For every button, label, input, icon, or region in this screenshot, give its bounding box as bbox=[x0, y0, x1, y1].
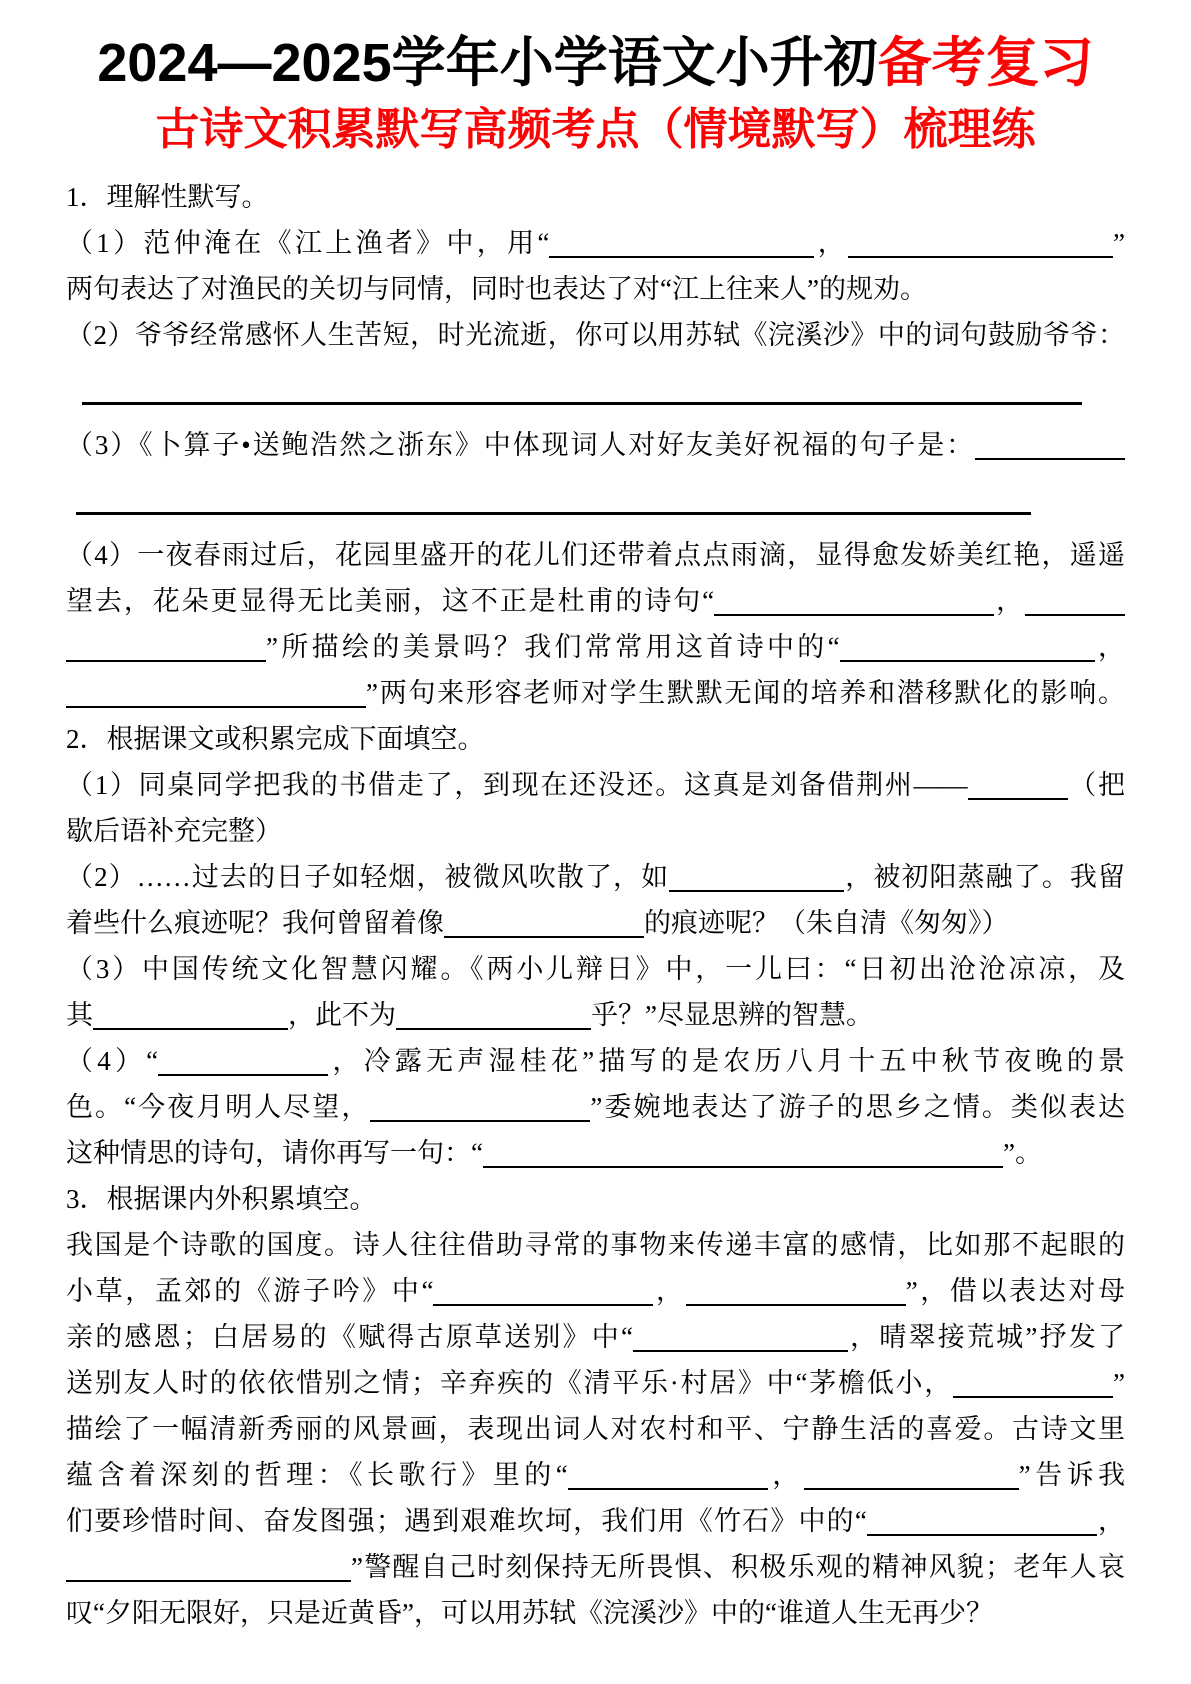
text-run: （2）爷爷经常感怀人生苦短，时光流逝，你可以用苏轼《浣溪沙》中的词句鼓励爷爷： bbox=[66, 320, 1125, 350]
answer-blank bbox=[370, 1120, 590, 1122]
text-run: ”警醒自己时刻保持无所畏惧、积极乐观的精神风貌；老年人哀 bbox=[351, 1552, 1125, 1582]
text-line: 色。“今夜月明人尽望，”委婉地表达了游子的思乡之情。类似表达 bbox=[66, 1084, 1125, 1130]
answer-blank bbox=[396, 1028, 591, 1030]
text-run: 送别友人时的依依惜别之情；辛弃疾的《清平乐·村居》中“茅檐低小， bbox=[66, 1368, 953, 1398]
text-line: 送别友人时的依依惜别之情；辛弃疾的《清平乐·村居》中“茅檐低小，” bbox=[66, 1360, 1125, 1406]
text-line: 小草，孟郊的《游子吟》中“，”，借以表达对母 bbox=[66, 1268, 1125, 1314]
text-line: 其，此不为乎？”尽显思辨的智慧。 bbox=[66, 992, 1125, 1038]
text-run: （3）《卜算子•送鲍浩然之浙东》中体现词人对好友美好祝福的句子是： bbox=[66, 430, 975, 460]
answer-blank bbox=[669, 890, 844, 892]
text-run: 色。“今夜月明人尽望， bbox=[66, 1092, 370, 1122]
answer-blank bbox=[633, 1350, 848, 1352]
text-run: 望去，花朵更显得无比美丽，这不正是杜甫的诗句“ bbox=[66, 586, 714, 616]
text-line: （1）同桌同学把我的书借走了，到现在还没还。这真是刘备借荆州——（把 bbox=[66, 762, 1125, 808]
answer-blank bbox=[66, 660, 266, 662]
worksheet-body: 1．理解性默写。（1）范仲淹在《江上渔者》中，用“，”两句表达了对渔民的关切与同… bbox=[66, 174, 1125, 1636]
text-run: 乎？”尽显思辨的智慧。 bbox=[591, 1000, 873, 1030]
page-title: 2024—2025学年小学语文小升初备考复习 bbox=[66, 30, 1125, 96]
text-run: 1．理解性默写。 bbox=[66, 182, 269, 212]
text-line: （3）《卜算子•送鲍浩然之浙东》中体现词人对好友美好祝福的句子是： bbox=[66, 422, 1125, 468]
answer-blank bbox=[82, 402, 1082, 405]
text-run: ， bbox=[1095, 632, 1125, 662]
text-line: 叹“夕阳无限好，只是近黄昏”，可以用苏轼《浣溪沙》中的“谁道人生无再少？ bbox=[66, 1590, 1125, 1636]
text-line: 1．理解性默写。 bbox=[66, 174, 1125, 220]
answer-blank bbox=[840, 660, 1095, 662]
answer-blank bbox=[549, 256, 814, 258]
answer-blank bbox=[953, 1396, 1113, 1398]
text-run: （把 bbox=[1068, 770, 1125, 800]
text-line: ”警醒自己时刻保持无所畏惧、积极乐观的精神风貌；老年人哀 bbox=[66, 1544, 1125, 1590]
text-run: ，冷露无声湿桂花”描写的是农历八月十五中秋节夜晚的景 bbox=[328, 1046, 1125, 1076]
text-run: ”。 bbox=[1003, 1138, 1042, 1168]
text-line: 们要珍惜时间、奋发图强；遇到艰难坎坷，我们用《竹石》中的“， bbox=[66, 1498, 1125, 1544]
answer-blank bbox=[714, 614, 994, 616]
answer-blank bbox=[848, 256, 1113, 258]
answer-blank bbox=[158, 1074, 328, 1076]
text-run: ”委婉地表达了游子的思乡之情。类似表达 bbox=[590, 1092, 1125, 1122]
text-run: 这种情思的诗句，请你再写一句：“ bbox=[66, 1138, 483, 1168]
text-run: 我国是个诗歌的国度。诗人往往借助寻常的事物来传递丰富的感情，比如那不起眼的 bbox=[66, 1230, 1125, 1260]
text-run: 的痕迹呢？（朱自清《匆匆》） bbox=[644, 908, 1009, 938]
text-line bbox=[66, 358, 1125, 422]
text-line: （2）爷爷经常感怀人生苦短，时光流逝，你可以用苏轼《浣溪沙》中的词句鼓励爷爷： bbox=[66, 312, 1125, 358]
text-run: 2．根据课文或积累完成下面填空。 bbox=[66, 724, 485, 754]
text-line bbox=[66, 468, 1125, 532]
text-run: （2）……过去的日子如轻烟，被微风吹散了，如 bbox=[66, 862, 669, 892]
answer-blank bbox=[76, 512, 1031, 515]
answer-blank bbox=[867, 1534, 1097, 1536]
text-run: 其 bbox=[66, 1000, 93, 1030]
answer-blank bbox=[968, 798, 1068, 800]
text-run: 3．根据课内外积累填空。 bbox=[66, 1184, 377, 1214]
text-line: ”两句来形容老师对学生默默无闻的培养和潜移默化的影响。 bbox=[66, 670, 1125, 716]
title-red-text: 备考复习 bbox=[878, 33, 1094, 93]
answer-blank bbox=[433, 1304, 653, 1306]
answer-blank bbox=[568, 1488, 768, 1490]
text-run: 亲的感恩；白居易的《赋得古原草送别》中“ bbox=[66, 1322, 633, 1352]
title-black-text: 2024—2025学年小学语文小升初 bbox=[97, 33, 877, 93]
text-run: ， bbox=[994, 586, 1025, 616]
text-line: 望去，花朵更显得无比美丽，这不正是杜甫的诗句“， bbox=[66, 578, 1125, 624]
text-run: ” bbox=[1113, 228, 1125, 258]
text-line: 两句表达了对渔民的关切与同情，同时也表达了对“江上往来人”的规劝。 bbox=[66, 266, 1125, 312]
text-run: ， bbox=[768, 1460, 804, 1490]
answer-blank bbox=[686, 1304, 906, 1306]
answer-blank bbox=[1025, 614, 1125, 616]
answer-blank bbox=[804, 1488, 1019, 1490]
text-run: ”两句来形容老师对学生默默无闻的培养和潜移默化的影响。 bbox=[366, 678, 1125, 708]
text-run: 描绘了一幅清新秀丽的风景画，表现出词人对农村和平、宁静生活的喜爱。古诗文里 bbox=[66, 1414, 1125, 1444]
text-run: 着些什么痕迹呢？我何曾留着像 bbox=[66, 908, 444, 938]
text-run: 两句表达了对渔民的关切与同情，同时也表达了对“江上往来人”的规劝。 bbox=[66, 274, 927, 304]
text-run: ”所描绘的美景吗？我们常常用这首诗中的“ bbox=[266, 632, 840, 662]
text-run: 叹“夕阳无限好，只是近黄昏”，可以用苏轼《浣溪沙》中的“谁道人生无再少？ bbox=[66, 1598, 993, 1628]
text-line: （3）中国传统文化智慧闪耀。《两小儿辩日》中，一儿曰：“日初出沧沧凉凉，及 bbox=[66, 946, 1125, 992]
text-line: 2．根据课文或积累完成下面填空。 bbox=[66, 716, 1125, 762]
text-run: 们要珍惜时间、奋发图强；遇到艰难坎坷，我们用《竹石》中的“ bbox=[66, 1506, 867, 1536]
text-run: ”告诉我 bbox=[1019, 1460, 1125, 1490]
text-run: （1）同桌同学把我的书借走了，到现在还没还。这真是刘备借荆州—— bbox=[66, 770, 968, 800]
answer-blank bbox=[444, 936, 644, 938]
text-line: 蕴含着深刻的哲理：《长歌行》里的“，”告诉我 bbox=[66, 1452, 1125, 1498]
text-line: 3．根据课内外积累填空。 bbox=[66, 1176, 1125, 1222]
text-run: ， bbox=[814, 228, 848, 258]
text-run: ， bbox=[1097, 1506, 1125, 1536]
text-run: 小草，孟郊的《游子吟》中“ bbox=[66, 1276, 433, 1306]
text-line: （2）……过去的日子如轻烟，被微风吹散了，如，被初阳蒸融了。我留 bbox=[66, 854, 1125, 900]
text-line: 着些什么痕迹呢？我何曾留着像的痕迹呢？（朱自清《匆匆》） bbox=[66, 900, 1125, 946]
text-line: 歇后语补充完整） bbox=[66, 808, 1125, 854]
text-line: 这种情思的诗句，请你再写一句：“”。 bbox=[66, 1130, 1125, 1176]
text-run: ，晴翠接荒城”抒发了 bbox=[848, 1322, 1125, 1352]
text-line: 亲的感恩；白居易的《赋得古原草送别》中“，晴翠接荒城”抒发了 bbox=[66, 1314, 1125, 1360]
text-run: （1）范仲淹在《江上渔者》中，用“ bbox=[66, 228, 549, 258]
text-run: （3）中国传统文化智慧闪耀。《两小儿辩日》中，一儿曰：“日初出沧沧凉凉，及 bbox=[66, 954, 1125, 984]
text-line: （1）范仲淹在《江上渔者》中，用“，” bbox=[66, 220, 1125, 266]
text-run: 歇后语补充完整） bbox=[66, 816, 282, 846]
worksheet-page: 2024—2025学年小学语文小升初备考复习 古诗文积累默写高频考点（情境默写）… bbox=[0, 0, 1191, 1684]
text-line: （4）一夜春雨过后，花园里盛开的花儿们还带着点点雨滴，显得愈发娇美红艳，遥遥 bbox=[66, 532, 1125, 578]
text-run: ”，借以表达对母 bbox=[906, 1276, 1125, 1306]
text-run: （4）一夜春雨过后，花园里盛开的花儿们还带着点点雨滴，显得愈发娇美红艳，遥遥 bbox=[66, 540, 1125, 570]
text-run: ，被初阳蒸融了。我留 bbox=[844, 862, 1125, 892]
answer-blank bbox=[66, 706, 366, 708]
text-line: （4）“，冷露无声湿桂花”描写的是农历八月十五中秋节夜晚的景 bbox=[66, 1038, 1125, 1084]
text-line: 描绘了一幅清新秀丽的风景画，表现出词人对农村和平、宁静生活的喜爱。古诗文里 bbox=[66, 1406, 1125, 1452]
text-run: （4）“ bbox=[66, 1046, 158, 1076]
text-run: ，此不为 bbox=[288, 1000, 396, 1030]
text-line: 我国是个诗歌的国度。诗人往往借助寻常的事物来传递丰富的感情，比如那不起眼的 bbox=[66, 1222, 1125, 1268]
text-run: ” bbox=[1113, 1368, 1125, 1398]
text-run: 蕴含着深刻的哲理：《长歌行》里的“ bbox=[66, 1460, 568, 1490]
answer-blank bbox=[975, 458, 1125, 460]
answer-blank bbox=[66, 1580, 351, 1582]
answer-blank bbox=[93, 1028, 288, 1030]
page-subtitle: 古诗文积累默写高频考点（情境默写）梳理练 bbox=[66, 102, 1125, 158]
text-line: ”所描绘的美景吗？我们常常用这首诗中的“， bbox=[66, 624, 1125, 670]
text-run: ， bbox=[653, 1276, 685, 1306]
answer-blank bbox=[483, 1166, 1003, 1168]
